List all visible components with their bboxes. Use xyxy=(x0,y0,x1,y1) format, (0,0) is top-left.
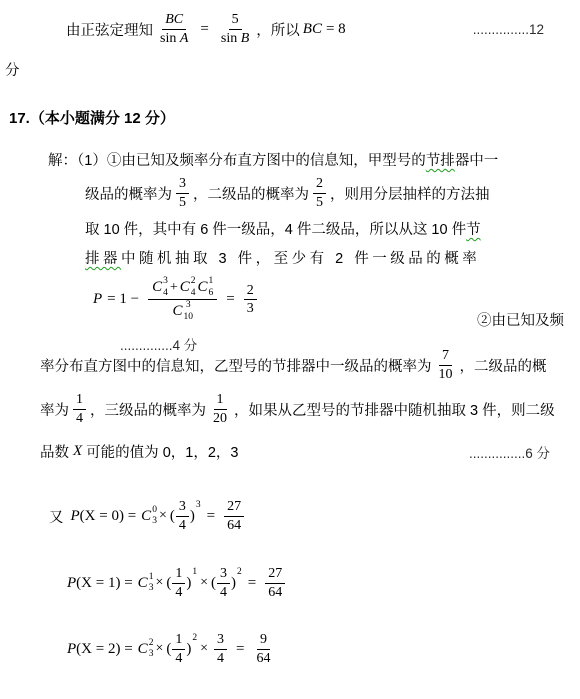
exponent: 1 xyxy=(192,567,197,577)
random-variable-X: X xyxy=(73,443,82,460)
score-dots-12: ...............12 xyxy=(473,22,544,37)
times-sign: × xyxy=(200,575,208,591)
solution-part1: 解：（1）①由已知及频率分布直方图中的信息知，甲型号的节排器中一 级品的概率为 … xyxy=(48,149,478,355)
exponent: 2 xyxy=(237,567,242,577)
plus-sign: + xyxy=(170,279,178,297)
fraction-1-4: 14 xyxy=(172,565,185,601)
times-sign: × xyxy=(200,641,208,657)
comb-C10-3: C310 xyxy=(172,301,193,322)
part1-line1: 解：（1）①由已知及频率分布直方图中的信息知，甲型号的节排器中一 xyxy=(48,149,478,170)
fraction-1-4: 14 xyxy=(73,391,86,427)
combination-fraction: C34 + C24 C16 C310 xyxy=(148,277,217,322)
fraction-2-5: 25 xyxy=(313,175,326,211)
score-unit-wrapped: 分 xyxy=(5,59,20,80)
P-symbol: P xyxy=(67,575,76,592)
part2-line2: 率为 14 ，三级品的概率为 120 ，如果从乙型号的节排器中随机抽取 3 件，… xyxy=(40,391,550,427)
comb-C3-2: C23 xyxy=(138,639,154,660)
equals-sign: = xyxy=(236,641,244,658)
sine-rule-line: 由正弦定理知 BC sin A = 5 sin B ，所以 BC = 8 ...… xyxy=(66,11,544,47)
times-sign: × xyxy=(155,641,163,657)
P-symbol: P xyxy=(71,508,80,525)
fraction-27-64: 2764 xyxy=(224,498,244,534)
times-sign: × xyxy=(159,508,167,524)
spellcheck-underline: 节 xyxy=(466,222,481,238)
px0-args: (X = 0) = xyxy=(80,508,137,525)
fraction-numerator: BC xyxy=(162,11,186,30)
document-page: 由正弦定理知 BC sin A = 5 sin B ，所以 BC = 8 ...… xyxy=(0,0,580,699)
fraction-3-4: 34 xyxy=(217,565,230,601)
fraction-3-4: 34 xyxy=(176,498,189,534)
term-1-4-squared: ( 14 ) 2 xyxy=(166,631,197,667)
comb-C3-0: C03 xyxy=(141,506,157,527)
fraction-9-64: 964 xyxy=(253,631,273,667)
term-1-4-pow1: ( 14 ) 1 xyxy=(166,565,197,601)
equals-sign: = xyxy=(207,508,215,525)
part1-line2: 级品的概率为 35 ，二级品的概率为 25 ，则用分层抽样的方法抽 xyxy=(85,175,478,211)
equals-sign: = xyxy=(226,291,234,308)
fraction-denominator: sin A xyxy=(157,30,191,48)
fraction-denominator: sin B xyxy=(218,30,252,48)
term-3-4-squared: ( 34 ) 2 xyxy=(211,565,242,601)
part2-start-note: ②由已知及频 xyxy=(477,309,564,330)
part1-line3: 取 10 件，其中有 6 件一级品，4 件二级品，所以从这 10 件节 xyxy=(85,218,478,239)
question-17-heading: 17.（本小题满分 12 分） xyxy=(9,107,175,128)
equals-one-minus: = 1 − xyxy=(107,291,139,308)
sine-rule-conclusion-text: ，所以 xyxy=(256,19,300,40)
fraction-1-4: 14 xyxy=(172,631,185,667)
spellcheck-underline: 排器 xyxy=(85,251,121,267)
equals-sign: = xyxy=(248,575,256,592)
fraction-27-64: 2764 xyxy=(265,565,285,601)
part2-line1: 率分布直方图中的信息知，乙型号的节排器中一级品的概率为 710 ，二级品的概 xyxy=(40,347,550,383)
comb-C3-1: C13 xyxy=(138,573,154,594)
fraction-2-3: 23 xyxy=(244,282,257,318)
part1-line4: 排器中随机抽取 3 件，至少有 2 件一级品的概率 xyxy=(85,247,478,268)
bc-value: = 8 xyxy=(326,21,346,38)
spellcheck-underline: 节排 xyxy=(426,153,455,169)
part1-probability-formula: P = 1 − C34 + C24 C16 C310 = 23 xyxy=(93,277,478,322)
fraction-7-10: 710 xyxy=(436,347,456,383)
comb-C4-2: C24 xyxy=(180,277,196,298)
solution-part2: 率分布直方图中的信息知，乙型号的节排器中一级品的概率为 710 ，二级品的概 率… xyxy=(40,347,550,462)
combination-numerator: C34 + C24 C16 xyxy=(148,277,217,300)
bc-variable: BC xyxy=(303,21,322,38)
part2-line3: 品数 X 可能的值为 0，1，2，3 ...............6 分 xyxy=(40,441,550,462)
formula-px2: P (X = 2) = C23 × ( 14 ) 2 × 34 = 964 xyxy=(67,631,277,667)
comb-C4-3: C34 xyxy=(152,277,168,298)
term-3-4-cubed: ( 34 ) 3 xyxy=(170,498,201,534)
P-symbol: P xyxy=(67,641,76,658)
formula-lhs-P: P xyxy=(93,291,102,308)
sine-rule-text: 由正弦定理知 xyxy=(66,19,153,40)
comb-C6-1: C16 xyxy=(198,277,214,298)
exponent: 2 xyxy=(192,633,197,643)
fraction-3-4: 34 xyxy=(214,631,227,667)
px2-args: (X = 2) = xyxy=(76,641,133,658)
times-sign: × xyxy=(155,575,163,591)
fraction-3-5: 35 xyxy=(176,175,189,211)
fraction-numerator: 5 xyxy=(229,11,242,30)
exponent: 3 xyxy=(196,500,201,510)
combination-denominator: C310 xyxy=(172,300,193,322)
fraction-bc-over-sina: BC sin A xyxy=(157,11,191,47)
also-prefix: 又 xyxy=(49,506,64,527)
fraction-1-20: 120 xyxy=(210,391,230,427)
equals-sign: = xyxy=(200,21,208,38)
px1-args: (X = 1) = xyxy=(76,575,133,592)
formula-px1: P (X = 1) = C13 × ( 14 ) 1 × ( 34 ) 2 = … xyxy=(67,565,289,601)
formula-px0: 又 P (X = 0) = C03 × ( 34 ) 3 = 2764 xyxy=(49,498,248,534)
fraction-5-over-sinb: 5 sin B xyxy=(218,11,252,47)
score-dots-6: ...............6 分 xyxy=(469,442,550,462)
